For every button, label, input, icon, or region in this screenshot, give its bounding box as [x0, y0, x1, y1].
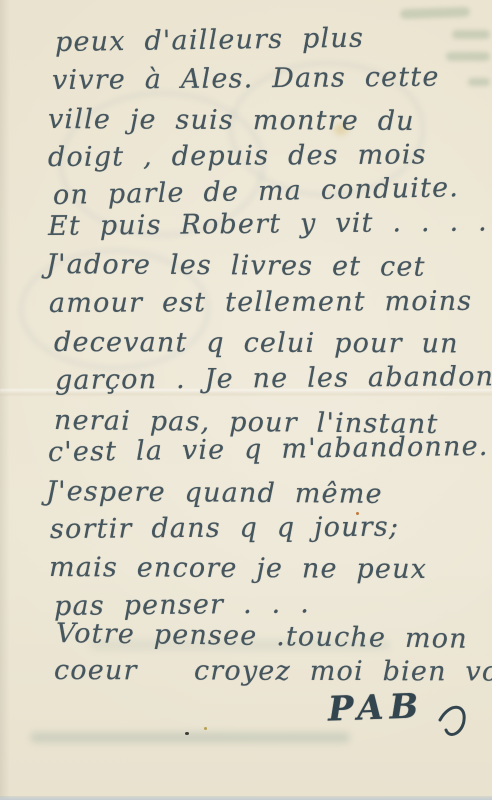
- handwriting-line: decevant q celui pour un: [54, 328, 459, 359]
- ink-speck: [185, 732, 189, 735]
- letter-page: peux d'ailleurs plus vivre à Ales. Dans …: [0, 0, 492, 800]
- signature-flourish: [438, 700, 488, 746]
- handwriting-line: sortir dans q q jours;: [50, 513, 399, 545]
- bleedthrough-mark: [400, 7, 470, 19]
- bleedthrough-mark: [452, 30, 490, 39]
- handwriting-line: pas penser . . .: [54, 589, 310, 622]
- handwriting-line: peux d'ailleurs plus: [55, 24, 364, 58]
- handwriting-line: doigt , depuis des mois: [48, 140, 427, 173]
- handwriting-line: J'espere quand même: [46, 477, 383, 510]
- bleedthrough-mark: [446, 52, 490, 61]
- handwriting-line: amour est tellement moins: [49, 287, 472, 319]
- handwriting-line: ville je suis montre du: [48, 105, 415, 137]
- handwriting-line: on parle de ma conduite.: [53, 173, 460, 211]
- signature: PAB: [327, 686, 425, 729]
- bleedthrough-mark: [468, 78, 490, 86]
- paper-speck: [204, 727, 207, 730]
- handwriting-line: c'est la vie q m'abandonne.: [48, 432, 489, 468]
- handwriting-line: Votre pensee .touche mon: [56, 619, 468, 655]
- handwriting-line: vivre à Ales. Dans cette: [52, 63, 440, 96]
- scan-edge: [0, 796, 492, 800]
- handwriting-line: mais encore je ne peux: [49, 553, 427, 585]
- handwriting-line: Et puis Robert y vit . . . .: [48, 207, 488, 242]
- handwriting-line: coeur croyez moi bien votre: [54, 656, 492, 688]
- bleedthrough-mark: [30, 732, 350, 743]
- handwriting-line: J'adore les livres et cet: [46, 250, 426, 283]
- handwriting-line: garçon . Je ne les abandon: [55, 362, 492, 396]
